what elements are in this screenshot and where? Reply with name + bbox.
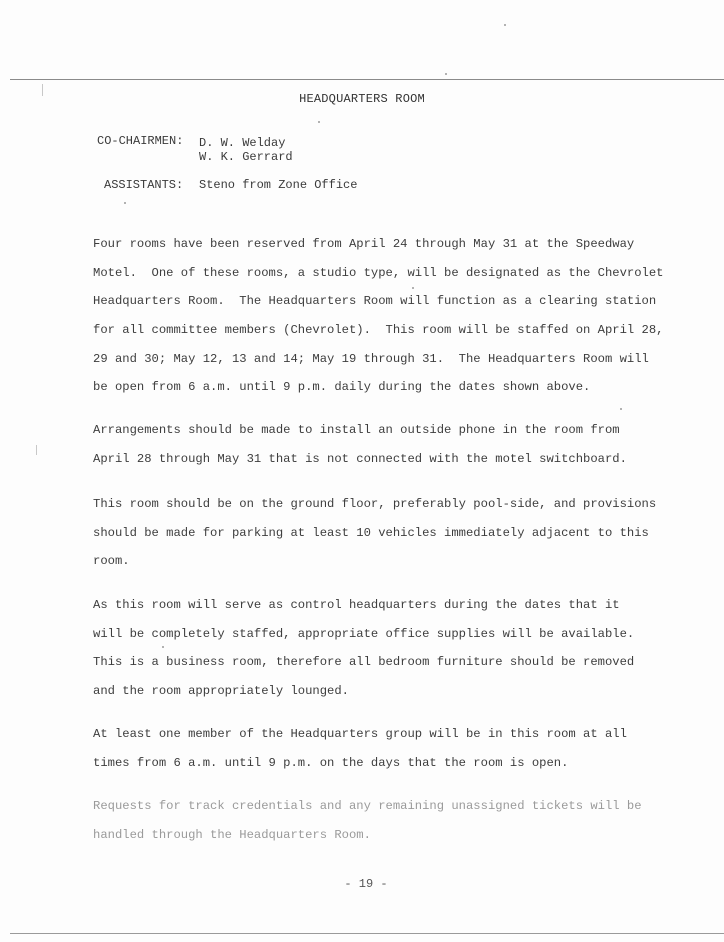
paragraph-line: Headquarters Room. The Headquarters Room… <box>93 287 653 316</box>
scan-speck <box>318 121 320 123</box>
margin-mark <box>36 445 37 455</box>
paragraph-line: 29 and 30; May 12, 13 and 14; May 19 thr… <box>93 345 653 374</box>
paragraph-line: room. <box>93 547 653 576</box>
page-number: - 19 - <box>0 877 724 891</box>
paragraph-line: handled through the Headquarters Room. <box>93 821 653 850</box>
co-chairmen-label: CO-CHAIRMEN: <box>97 134 183 148</box>
page-title: HEADQUARTERS ROOM <box>0 92 724 106</box>
co-chairman-2: W. K. Gerrard <box>199 150 293 164</box>
paragraph-line: and the room appropriately lounged. <box>93 677 653 706</box>
paragraph-line: This room should be on the ground floor,… <box>93 490 653 519</box>
assistants-label: ASSISTANTS: <box>104 178 183 192</box>
paragraph-line: be open from 6 a.m. until 9 p.m. daily d… <box>93 373 653 402</box>
paragraph-control-hq: As this room will serve as control headq… <box>93 591 653 706</box>
paragraph-staffing: At least one member of the Headquarters … <box>93 720 653 777</box>
paragraph-phone: Arrangements should be made to install a… <box>93 416 653 473</box>
paragraph-line: Motel. One of these rooms, a studio type… <box>93 259 653 288</box>
paragraph-line: for all committee members (Chevrolet). T… <box>93 316 653 345</box>
scan-speck <box>445 73 447 75</box>
top-rule <box>10 79 724 80</box>
paragraph-line: This is a business room, therefore all b… <box>93 648 653 677</box>
title-text: HEADQUARTERS ROOM <box>299 92 425 106</box>
paragraph-credentials: Requests for track credentials and any r… <box>93 792 653 849</box>
paragraph-reservation: Four rooms have been reserved from April… <box>93 230 653 402</box>
paragraph-line: Requests for track credentials and any r… <box>93 792 653 821</box>
paragraph-line: April 28 through May 31 that is not conn… <box>93 445 653 474</box>
paragraph-line: times from 6 a.m. until 9 p.m. on the da… <box>93 749 653 778</box>
scan-speck <box>162 646 164 648</box>
co-chairman-1: D. W. Welday <box>199 136 285 150</box>
paragraph-line: As this room will serve as control headq… <box>93 591 653 620</box>
paragraph-line: Arrangements should be made to install a… <box>93 416 653 445</box>
paragraph-location: This room should be on the ground floor,… <box>93 490 653 576</box>
paragraph-line: At least one member of the Headquarters … <box>93 720 653 749</box>
scan-speck <box>620 408 622 410</box>
paragraph-line: should be made for parking at least 10 v… <box>93 519 653 548</box>
paragraph-line: will be completely staffed, appropriate … <box>93 620 653 649</box>
assistants-value: Steno from Zone Office <box>199 178 357 192</box>
scan-speck <box>504 24 506 26</box>
document-page: HEADQUARTERS ROOM CO-CHAIRMEN: D. W. Wel… <box>0 0 724 942</box>
scan-speck <box>412 287 414 289</box>
scan-speck <box>124 202 126 204</box>
paragraph-line: Four rooms have been reserved from April… <box>93 230 653 259</box>
bottom-rule <box>10 933 724 934</box>
